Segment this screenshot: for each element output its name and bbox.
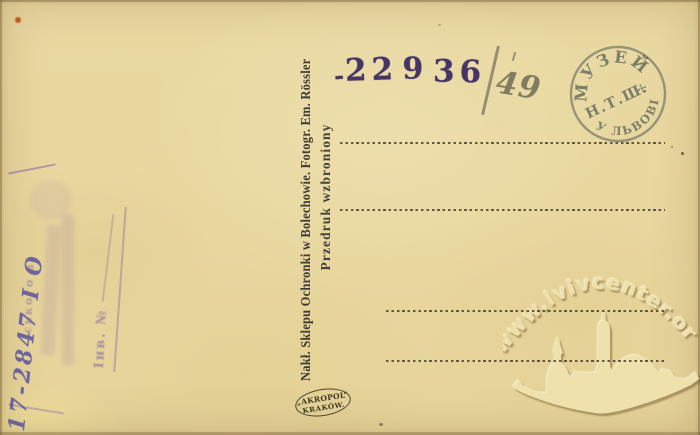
address-line-2: [340, 209, 665, 211]
accession-number-stamp: - 22 9 36: [334, 52, 486, 88]
pencil-year: 49: [493, 65, 543, 108]
inventory-stamp-smudge: [30, 180, 72, 220]
address-line-4: [386, 360, 664, 362]
watermark-emboss-layers: [503, 261, 700, 416]
paper-speck: [671, 146, 673, 148]
inventory-stamp-border-top: [8, 163, 55, 174]
postcard-back: www.lvivcenter.org Nakł. Sklepu Ochronki…: [0, 0, 700, 435]
paper-speck: [681, 152, 684, 155]
paper-speck: [438, 24, 441, 26]
inventory-stamp-border-right: [113, 207, 127, 372]
card-edge-left: [0, 0, 2, 435]
accession-digits-1: 22: [344, 51, 398, 89]
reprint-notice: Przedruk wzbroniony: [318, 13, 334, 381]
card-edge-top: [0, 0, 700, 2]
lvivcenter-watermark: www.lvivcenter.org: [503, 261, 700, 435]
inventory-number-label: Інв. №: [92, 308, 110, 369]
museum-round-stamp: МУЗЕЙ Н.Т.Ш. У ЛЬВОВІ: [561, 40, 673, 150]
inventory-stamp-rule: [102, 214, 115, 302]
publisher-imprint-block: Nakł. Sklepu Ochronki w Bolechowie. Foto…: [298, 13, 334, 381]
accession-dash: -: [333, 61, 345, 91]
paper-speck: [379, 423, 383, 426]
accession-digits-3: 36: [432, 54, 486, 91]
accession-digits-2: 9: [403, 52, 429, 87]
pencil-tick: [512, 52, 516, 61]
inventory-stamp-smudge: [62, 215, 74, 365]
paper-speck: [15, 17, 21, 23]
printer-oval-mark: „AKROPOL” KRAKÓW.: [293, 385, 353, 420]
inventory-stamp-fragment: ського ві: [21, 256, 37, 334]
address-line-3: [386, 310, 665, 312]
publisher-imprint: Nakł. Sklepu Ochronki w Bolechowie. Foto…: [298, 39, 314, 381]
